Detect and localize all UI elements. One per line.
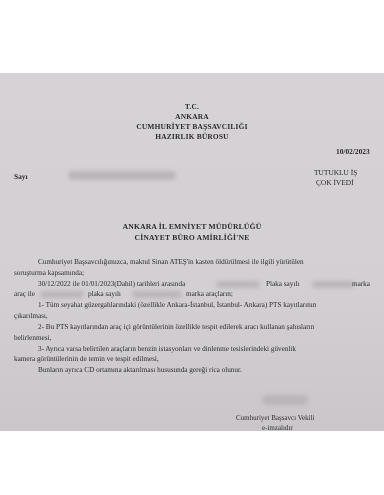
signature-note: e-imzalıdır: [262, 423, 293, 434]
sayi-label: Sayı: [14, 171, 28, 182]
flag-ivedi: ÇOK İVEDİ: [316, 177, 354, 188]
paragraph-2a-brand: marka: [352, 279, 370, 289]
plate-redacted-1: [216, 281, 260, 288]
signature-name-redacted: [262, 395, 308, 405]
item-2a: 2- Bu PTS kayıtlarından araç içi görüntü…: [38, 322, 314, 332]
document-page: T.C. ANKARA CUMHURİYET BAŞSAVCILIĞI HAZI…: [0, 73, 384, 431]
plate-redacted-2: [40, 291, 84, 298]
paragraph-2a: 30/12/2022 ile 01/01/2023(Dahil) tarihle…: [38, 279, 185, 289]
sayi-redacted: [68, 171, 176, 180]
paragraph-1a: Cumhuriyet Başsavcılığımızca, maktul Sin…: [38, 257, 304, 267]
closing-line: Bunların ayrıca CD ortamına aktarılması …: [38, 365, 242, 375]
recipient-line2: CİNAYET BÜRO AMİRLİĞİ'NE: [0, 232, 384, 243]
brand-redacted-1: [312, 281, 354, 288]
recipient-line1: ANKARA İL EMNİYET MÜDÜRLÜĞÜ: [0, 221, 384, 232]
paragraph-2b-plate: plaka sayılı: [88, 289, 121, 299]
item-1b: çıkarılması,: [14, 311, 48, 321]
document-date: 10/02/2023: [336, 146, 370, 157]
paragraph-2a-plate: Plaka sayılı: [266, 279, 299, 289]
paragraph-2b: araç ile: [14, 289, 35, 299]
item-1a: 1- Tüm seyahat güzergahlarındaki (özelli…: [38, 300, 316, 310]
paragraph-2b-brand: marka araçların;: [186, 289, 233, 299]
header-bureau: HAZIRLIK BÜROSU: [0, 131, 384, 142]
item-2b: belirlenmesi,: [14, 333, 51, 343]
brand-redacted-2: [132, 291, 182, 298]
paragraph-1b: soruşturma kapsamında;: [14, 268, 84, 278]
item-3a: 3- Ayrıca varsa belirtilen araçların ben…: [38, 344, 296, 354]
item-3b: kamera görüntülerinin de temin ve tespit…: [14, 354, 159, 364]
